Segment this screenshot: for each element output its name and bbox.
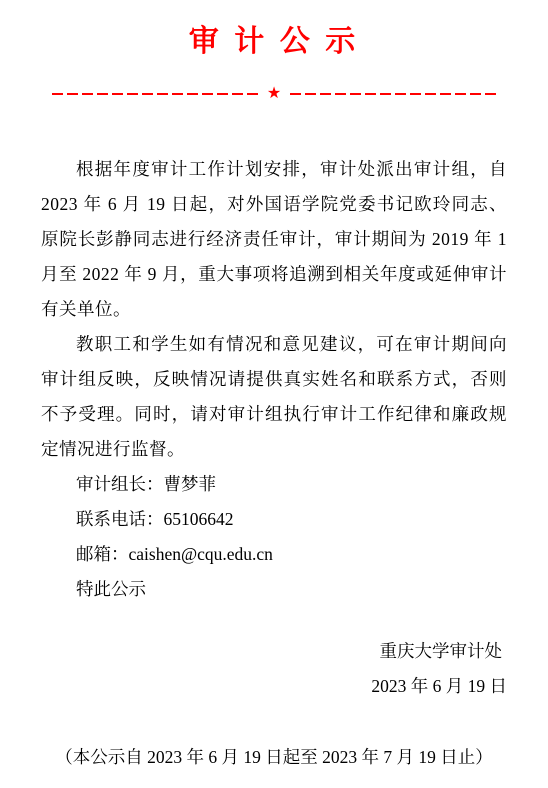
title-divider: ★ <box>52 86 496 102</box>
document-title: 审 计 公 示 <box>41 26 507 58</box>
document-body: 根据年度审计工作计划安排，审计处派出审计组，自 2023 年 6 月 19 日起… <box>41 152 507 607</box>
paragraph-audit-plan: 根据年度审计工作计划安排，审计处派出审计组，自 2023 年 6 月 19 日起… <box>41 152 507 327</box>
closing-statement: 特此公示 <box>76 572 507 607</box>
validity-period-note: （本公示自 2023 年 6 月 19 日起至 2023 年 7 月 19 日止… <box>41 740 507 775</box>
star-icon: ★ <box>267 86 281 102</box>
contact-email-line: 邮箱：caishen@cqu.edu.cn <box>76 537 507 572</box>
signature-date: 2023 年 6 月 19 日 <box>41 669 507 704</box>
signature-organization: 重庆大学审计处 <box>41 634 507 669</box>
paragraph-feedback-instructions: 教职工和学生如有情况和意见建议，可在审计期间向审计组反映，反映情况请提供真实姓名… <box>41 327 507 467</box>
contact-phone-line: 联系电话：65106642 <box>76 502 507 537</box>
audit-leader-line: 审计组长：曹梦菲 <box>76 467 507 502</box>
divider-dash-left <box>52 93 258 95</box>
audit-notice-document: 审 计 公 示 ★ 根据年度审计工作计划安排，审计处派出审计组，自 2023 年… <box>0 0 548 788</box>
signature-block: 重庆大学审计处 2023 年 6 月 19 日 <box>41 634 507 704</box>
divider-dash-right <box>290 93 496 95</box>
